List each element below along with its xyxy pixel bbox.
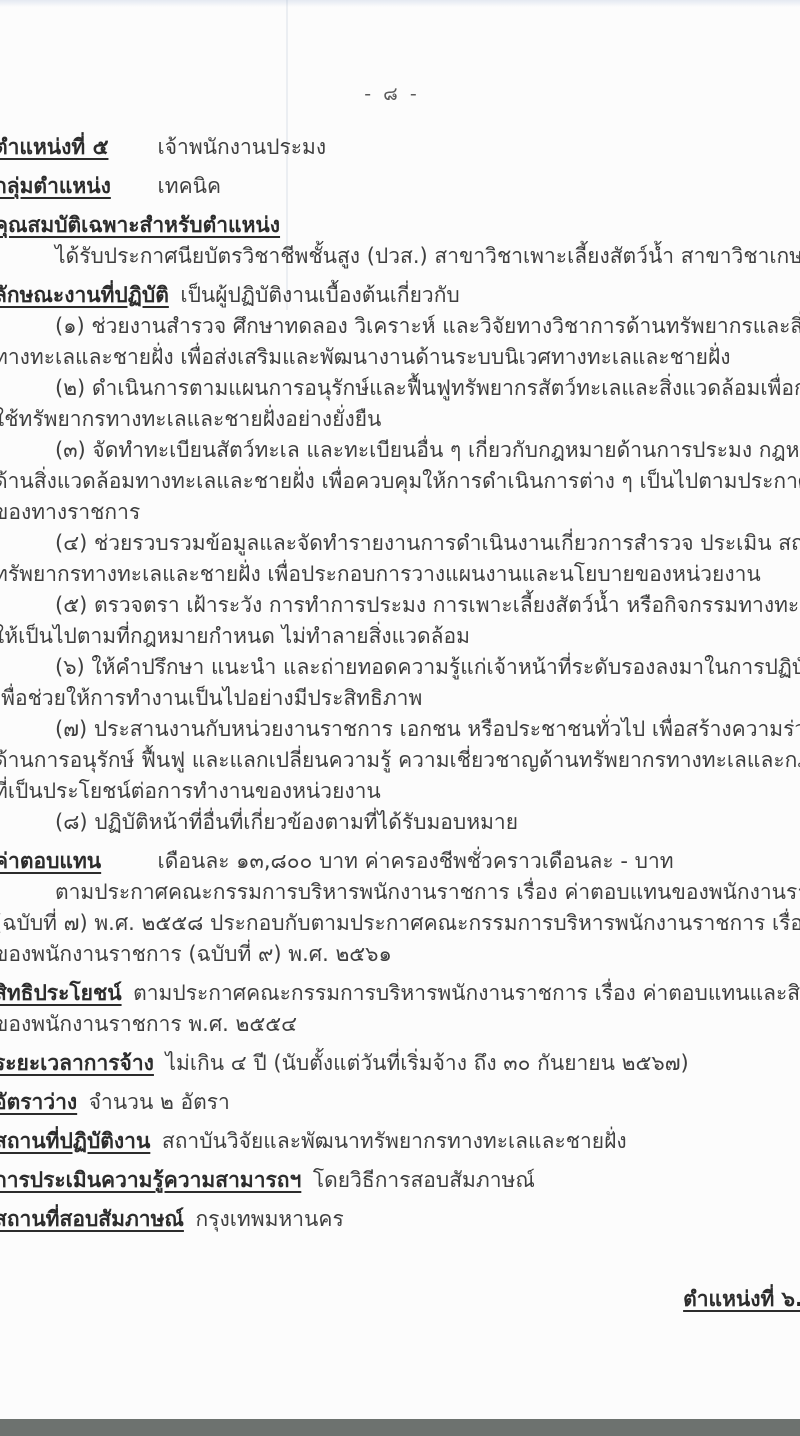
field-label: กลุ่มตำแหน่ง — [0, 171, 146, 202]
body-text: (๓) จัดทำทะเบียนสัตว์ทะเล และทะเบียนอื่น… — [55, 438, 800, 462]
text-line: ใช้ทรัพยากรทางทะเลและชายฝั่งอย่างยั่งยืน — [0, 404, 800, 435]
body-text: ด้านการอนุรักษ์ ฟื้นฟู และแลกเปลี่ยนความ… — [0, 748, 800, 772]
body-text: ด้านสิ่งแวดล้อมทางทะเลและชายฝั่ง เพื่อคว… — [0, 469, 800, 493]
field-label: สถานที่ปฏิบัติงาน — [0, 1126, 150, 1157]
body-text: (๒) ดำเนินการตามแผนการอนุรักษ์และฟื้นฟูท… — [55, 376, 800, 400]
text-line: เพื่อช่วยให้การทำงานเป็นไปอย่างมีประสิทธ… — [0, 683, 800, 714]
body-text: (ฉบับที่ ๗) พ.ศ. ๒๕๕๘ ประกอบกับตามประกาศ… — [0, 911, 800, 935]
text-line: (๑) ช่วยงานสำรวจ ศึกษาทดลอง วิเคราะห์ แล… — [0, 311, 800, 342]
text-line: ทรัพยากรทางทะเลและชายฝั่ง เพื่อประกอบการ… — [0, 559, 800, 590]
text-line: ของทางราชการ — [0, 497, 800, 528]
field-value: เจ้าพนักงานประมง — [158, 135, 327, 159]
field-label: ระยะเวลาการจ้าง — [0, 1048, 154, 1079]
text-line: ของพนักงานราชการ (ฉบับที่ ๙) พ.ศ. ๒๕๖๑ — [0, 939, 800, 970]
scanned-document-page: - ๘ - ตำแหน่งที่ ๕เจ้าพนักงานประมงกลุ่มต… — [0, 0, 800, 1436]
field-label: สถานที่สอบสัมภาษณ์ — [0, 1204, 184, 1235]
body-text: ของพนักงานราชการ (ฉบับที่ ๙) พ.ศ. ๒๕๖๑ — [0, 942, 392, 966]
field-line: อัตราว่างจำนวน ๒ อัตรา — [0, 1087, 800, 1118]
body-text: (๕) ตรวจตรา เฝ้าระวัง การทำการประมง การเ… — [55, 593, 800, 617]
document-body: ตำแหน่งที่ ๕เจ้าพนักงานประมงกลุ่มตำแหน่ง… — [0, 132, 800, 1235]
field-line: ค่าตอบแทนเดือนละ ๑๓,๘๐๐ บาท ค่าครองชีพชั… — [0, 846, 800, 877]
field-label: อัตราว่าง — [0, 1087, 77, 1118]
text-line: (๕) ตรวจตรา เฝ้าระวัง การทำการประมง การเ… — [0, 590, 800, 621]
body-text: ที่เป็นประโยชน์ต่อการทำงานของหน่วยงาน — [0, 779, 381, 803]
text-line: ด้านสิ่งแวดล้อมทางทะเลและชายฝั่ง เพื่อคว… — [0, 466, 800, 497]
field-value: เป็นผู้ปฏิบัติงานเบื้องต้นเกี่ยวกับ — [180, 283, 459, 307]
field-line: คุณสมบัติเฉพาะสำหรับตำแหน่ง — [0, 210, 800, 241]
text-line: (๓) จัดทำทะเบียนสัตว์ทะเล และทะเบียนอื่น… — [0, 435, 800, 466]
body-text: ทางทะเลและชายฝั่ง เพื่อส่งเสริมและพัฒนาง… — [0, 345, 731, 369]
body-text: ให้เป็นไปตามที่กฎหมายกำหนด ไม่ทำลายสิ่งแ… — [0, 624, 470, 648]
field-line: ตำแหน่งที่ ๕เจ้าพนักงานประมง — [0, 132, 800, 163]
text-line: (๘) ปฏิบัติหน้าที่อื่นที่เกี่ยวข้องตามที… — [0, 807, 800, 838]
text-line: (๗) ประสานงานกับหน่วยงานราชการ เอกชน หรื… — [0, 714, 800, 745]
text-line: (๔) ช่วยรวบรวมข้อมูลและจัดทำรายงานการดำเ… — [0, 528, 800, 559]
field-value: เดือนละ ๑๓,๘๐๐ บาท ค่าครองชีพชั่วคราวเดื… — [158, 849, 674, 873]
text-line: (๖) ให้คำปรึกษา แนะนำ และถ่ายทอดความรู้แ… — [0, 652, 800, 683]
field-label: ค่าตอบแทน — [0, 846, 146, 877]
field-value: กรุงเทพมหานคร — [195, 1207, 343, 1231]
continuation-note: ตำแหน่งที่ ๖. — [683, 1283, 800, 1316]
text-line: (ฉบับที่ ๗) พ.ศ. ๒๕๕๘ ประกอบกับตามประกาศ… — [0, 908, 800, 939]
field-line: กลุ่มตำแหน่งเทคนิค — [0, 171, 800, 202]
field-label: ตำแหน่งที่ ๕ — [0, 132, 146, 163]
body-text: เพื่อช่วยให้การทำงานเป็นไปอย่างมีประสิทธ… — [0, 686, 422, 710]
scanner-edge-bar — [0, 1419, 800, 1436]
field-value: จำนวน ๒ อัตรา — [89, 1090, 230, 1114]
text-line: ได้รับประกาศนียบัตรวิชาชีพชั้นสูง (ปวส.)… — [0, 241, 800, 272]
text-line: ตามประกาศคณะกรรมการบริหารพนักงานราชการ เ… — [0, 877, 800, 908]
page-number: - ๘ - — [0, 79, 792, 109]
field-label: คุณสมบัติเฉพาะสำหรับตำแหน่ง — [0, 210, 280, 241]
field-line: สิทธิประโยชน์ตามประกาศคณะกรรมการบริหารพน… — [0, 978, 800, 1009]
body-text: ของทางราชการ — [0, 500, 140, 524]
field-label: การประเมินความรู้ความสามารถฯ — [0, 1165, 301, 1196]
body-text: (๘) ปฏิบัติหน้าที่อื่นที่เกี่ยวข้องตามที… — [55, 810, 518, 834]
text-line: ทางทะเลและชายฝั่ง เพื่อส่งเสริมและพัฒนาง… — [0, 342, 800, 373]
field-line: สถานที่สอบสัมภาษณ์กรุงเทพมหานคร — [0, 1204, 800, 1235]
text-line: ของพนักงานราชการ พ.ศ. ๒๕๕๔ — [0, 1009, 800, 1040]
body-text: (๔) ช่วยรวบรวมข้อมูลและจัดทำรายงานการดำเ… — [55, 531, 800, 555]
body-text: (๑) ช่วยงานสำรวจ ศึกษาทดลอง วิเคราะห์ แล… — [55, 314, 800, 338]
field-value: เทคนิค — [158, 174, 221, 198]
field-value: โดยวิธีการสอบสัมภาษณ์ — [313, 1168, 535, 1192]
field-value: ไม่เกิน ๔ ปี (นับตั้งแต่วันที่เริ่มจ้าง … — [165, 1051, 688, 1075]
field-line: สถานที่ปฏิบัติงานสถาบันวิจัยและพัฒนาทรัพ… — [0, 1126, 800, 1157]
body-text: ใช้ทรัพยากรทางทะเลและชายฝั่งอย่างยั่งยืน — [0, 407, 381, 431]
field-value: สถาบันวิจัยและพัฒนาทรัพยากรทางทะเลและชาย… — [162, 1129, 627, 1153]
text-line: ให้เป็นไปตามที่กฎหมายกำหนด ไม่ทำลายสิ่งแ… — [0, 621, 800, 652]
text-line: ที่เป็นประโยชน์ต่อการทำงานของหน่วยงาน — [0, 776, 800, 807]
text-line: ด้านการอนุรักษ์ ฟื้นฟู และแลกเปลี่ยนความ… — [0, 745, 800, 776]
field-line: ลักษณะงานที่ปฏิบัติเป็นผู้ปฏิบัติงานเบื้… — [0, 280, 800, 311]
field-label: สิทธิประโยชน์ — [0, 978, 122, 1009]
text-line: (๒) ดำเนินการตามแผนการอนุรักษ์และฟื้นฟูท… — [0, 373, 800, 404]
body-text: (๖) ให้คำปรึกษา แนะนำ และถ่ายทอดความรู้แ… — [55, 655, 800, 679]
body-text: ของพนักงานราชการ พ.ศ. ๒๕๕๔ — [0, 1012, 297, 1036]
field-line: ระยะเวลาการจ้างไม่เกิน ๔ ปี (นับตั้งแต่ว… — [0, 1048, 800, 1079]
field-label: ลักษณะงานที่ปฏิบัติ — [0, 280, 169, 311]
body-text: ตามประกาศคณะกรรมการบริหารพนักงานราชการ เ… — [55, 880, 800, 904]
field-value: ตามประกาศคณะกรรมการบริหารพนักงานราชการ เ… — [133, 981, 800, 1005]
field-line: การประเมินความรู้ความสามารถฯโดยวิธีการสอ… — [0, 1165, 800, 1196]
body-text: ทรัพยากรทางทะเลและชายฝั่ง เพื่อประกอบการ… — [0, 562, 761, 586]
scan-artifact-top-band — [0, 0, 800, 7]
body-text: ได้รับประกาศนียบัตรวิชาชีพชั้นสูง (ปวส.)… — [55, 244, 800, 268]
body-text: (๗) ประสานงานกับหน่วยงานราชการ เอกชน หรื… — [55, 717, 800, 741]
